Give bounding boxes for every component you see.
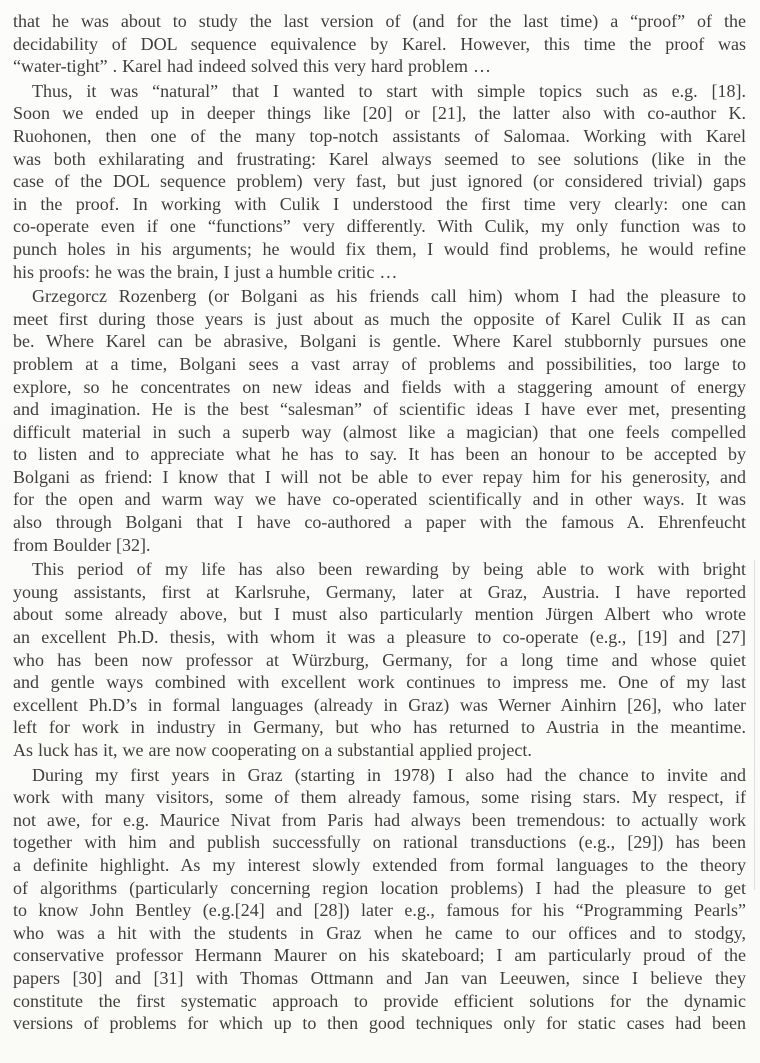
text-line: explore, so he concentrates on new ideas… bbox=[13, 376, 746, 399]
text-line: young assistants, first at Karlsruhe, Ge… bbox=[13, 581, 746, 604]
text-line: conservative professor Hermann Maurer on… bbox=[13, 944, 746, 967]
document-page: that he was about to study the last vers… bbox=[0, 0, 760, 1063]
text-line: and gentle ways combined with excellent … bbox=[13, 671, 746, 694]
paragraph: This period of my life has also been rew… bbox=[13, 558, 746, 761]
text-line: Grzegorcz Rozenberg (or Bolgani as his f… bbox=[13, 285, 746, 308]
text-line: an excellent Ph.D. thesis, with whom it … bbox=[13, 626, 746, 649]
text-line: a definite highlight. As my interest slo… bbox=[13, 854, 746, 877]
text-line: left for work in industry in Germany, bu… bbox=[13, 716, 746, 739]
text-line: to know John Bentley (e.g.[24] and [28])… bbox=[13, 899, 746, 922]
text-line: about some already above, but I must als… bbox=[13, 603, 746, 626]
text-line: his proofs: he was the brain, I just a h… bbox=[13, 261, 746, 284]
text-line: Bolgani as friend: I know that I will no… bbox=[13, 466, 746, 489]
text-line: work with many visitors, some of them al… bbox=[13, 786, 746, 809]
text-line: for the open and warm way we have co-ope… bbox=[13, 488, 746, 511]
text-line: problem at a time, Bolgani sees a vast a… bbox=[13, 353, 746, 376]
text-line: This period of my life has also been rew… bbox=[13, 558, 746, 581]
text-line: punch holes in his arguments; he would f… bbox=[13, 238, 746, 261]
text-line: and imagination. He is the best “salesma… bbox=[13, 398, 746, 421]
text-line: who was a hit with the students in Graz … bbox=[13, 922, 746, 945]
text-line: During my first years in Graz (starting … bbox=[13, 764, 746, 787]
text-line: constitute the first systematic approach… bbox=[13, 990, 746, 1013]
text-line: case of the DOL sequence problem) very f… bbox=[13, 170, 746, 193]
text-line: in the proof. In working with Culik I un… bbox=[13, 193, 746, 216]
text-line: also through Bolgani that I have co-auth… bbox=[13, 511, 746, 534]
text-line: of algorithms (particularly concerning r… bbox=[13, 877, 746, 900]
text-line: papers [30] and [31] with Thomas Ottmann… bbox=[13, 967, 746, 990]
paragraph: Grzegorcz Rozenberg (or Bolgani as his f… bbox=[13, 285, 746, 556]
text-line: Soon we ended up in deeper things like [… bbox=[13, 102, 746, 125]
text-line: that he was about to study the last vers… bbox=[13, 10, 746, 33]
text-line: versions of problems for which up to the… bbox=[13, 1012, 746, 1035]
text-line: not awe, for e.g. Maurice Nivat from Par… bbox=[13, 809, 746, 832]
scan-edge-artifact bbox=[754, 560, 755, 890]
text-line: together with him and publish successful… bbox=[13, 831, 746, 854]
text-line: Ruohonen, then one of the many top-notch… bbox=[13, 125, 746, 148]
text-line: from Boulder [32]. bbox=[13, 534, 746, 557]
text-line: “water-tight” . Karel had indeed solved … bbox=[13, 55, 746, 78]
paragraph: that he was about to study the last vers… bbox=[13, 10, 746, 78]
text-line: co-operate even if one “functions” very … bbox=[13, 215, 746, 238]
paragraph: During my first years in Graz (starting … bbox=[13, 764, 746, 1035]
text-line: Thus, it was “natural” that I wanted to … bbox=[13, 80, 746, 103]
text-line: excellent Ph.D’s in formal languages (al… bbox=[13, 694, 746, 717]
text-line: meet first during those years is just ab… bbox=[13, 308, 746, 331]
text-line: to listen and to appreciate what he has … bbox=[13, 443, 746, 466]
paragraph: Thus, it was “natural” that I wanted to … bbox=[13, 80, 746, 283]
text-line: be. Where Karel can be abrasive, Bolgani… bbox=[13, 330, 746, 353]
text-line: decidability of DOL sequence equivalence… bbox=[13, 33, 746, 56]
text-line: who has been now professor at Würzburg, … bbox=[13, 649, 746, 672]
text-line: difficult material in such a superb way … bbox=[13, 421, 746, 444]
text-line: As luck has it, we are now cooperating o… bbox=[13, 739, 746, 762]
text-line: was both exhilarating and frustrating: K… bbox=[13, 148, 746, 171]
